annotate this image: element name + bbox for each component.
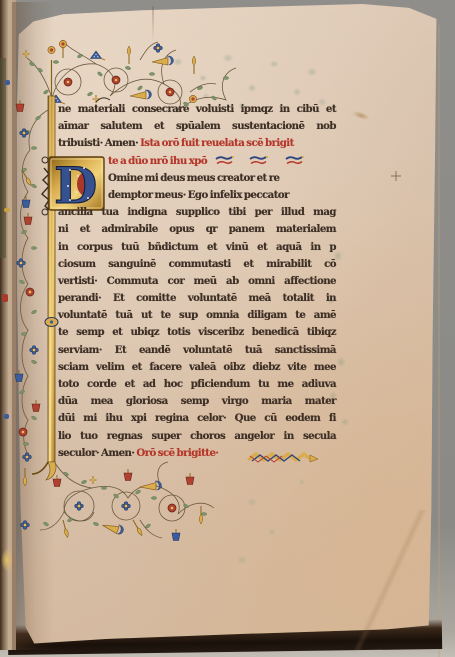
text-line: serviam· Et eandē voluntatē tuā sanctiss… [58, 342, 336, 359]
text-line: sciam velim et facere valeā oibz diebz v… [58, 359, 336, 376]
latin-text: voluntatē tuā ut te sup omnia diligam te… [58, 309, 336, 321]
latin-text: tribuisti· Amen· [58, 137, 140, 149]
facing-page-red-mark [2, 294, 8, 302]
facing-page-blue-mark2 [4, 414, 9, 419]
text-line: Omine mi deus meus creator et re [58, 170, 336, 187]
text-line: ancilla tua indigna supplico tibi per il… [58, 204, 336, 221]
facing-page-miniature-border [0, 58, 6, 258]
latin-text: Omine mi deus meus creator et re [108, 172, 279, 184]
latin-text: te semp et ubiqz totis visceribz benedic… [58, 326, 336, 338]
latin-text: dūi mi ihu xpi regina celor· Que cū eode… [58, 412, 336, 424]
text-line: te semp et ubiqz totis visceribz benedic… [58, 324, 336, 341]
text-line: perandi· Et comitte voluntatē meā totali… [58, 290, 336, 307]
rubric-text: te a dūo nrō ihu xpō [108, 155, 207, 167]
latin-text: in corpus tuū bñdictum et vinū et aquā i… [58, 241, 336, 253]
latin-text: demptor meus· Ego infelix peccator [108, 189, 289, 201]
text-line: voluntatē tuā ut te sup omnia diligam te… [58, 307, 336, 324]
text-line: ne materiali consecrare voluisti ipmqz i… [58, 101, 336, 118]
latin-text: toto corde et ad hoc pficiendum tu me ad… [58, 378, 336, 390]
facing-page-blue-mark [5, 80, 10, 85]
latin-text: ciosum sanguinē commutasti et mirabilit … [58, 258, 336, 270]
text-line: in corpus tuū bñdictum et vinū et aquā i… [58, 239, 336, 256]
text-line: ni et admirabile opus qr panem materiale… [58, 221, 336, 238]
text-line: vertisti· Commuta cor meū ab omni affect… [58, 273, 336, 290]
latin-text: vertisti· Commuta cor meū ab omni affect… [58, 275, 336, 287]
latin-text: ni et admirabile opus qr panem materiale… [58, 223, 336, 235]
latin-text: sciam velim et facere valeā oibz diebz v… [58, 361, 336, 373]
text-line: toto corde et ad hoc pficiendum tu me ad… [58, 376, 336, 393]
text-line: dūi mi ihu xpi regina celor· Que cū eode… [58, 410, 336, 427]
latin-text: seculor· Amen· [58, 447, 136, 459]
latin-text: perandi· Et comitte voluntatē meā totali… [58, 292, 336, 304]
latin-text: serviam· Et eandē voluntatē tuā sanctiss… [58, 344, 336, 356]
text-line: dūa mea gloriosa semp virgo maria mater [58, 393, 336, 410]
latin-text: lio tuo regnas super choros angelor in s… [58, 430, 336, 442]
parchment-crease [152, 6, 154, 42]
latin-text: dūa mea gloriosa semp virgo maria mater [58, 395, 336, 407]
latin-text: aīmar salutem et spūalem sustentacionē n… [58, 120, 336, 132]
latin-text: ne materiali consecrare voluisti ipmqz i… [58, 103, 336, 115]
page-gutter-shadow [12, 2, 54, 650]
parchment-crease-diagonal [340, 510, 440, 650]
text-line: demptor meus· Ego infelix peccator [58, 187, 336, 204]
text-block: ne materiali consecrare voluisti ipmqz i… [58, 101, 336, 462]
facing-page-gold-mark [4, 208, 10, 212]
text-line: aīmar salutem et spūalem sustentacionē n… [58, 118, 336, 135]
photo-of-open-book: D ne materiali consecrare voluisti ipmqz… [0, 0, 455, 657]
text-line: lio tuo regnas super choros angelor in s… [58, 428, 336, 445]
text-line: tribuisti· Amen· Ista orō fuit reuelata … [58, 135, 336, 152]
rubric-text: Orō scē brigitte· [136, 447, 218, 459]
text-line: te a dūo nrō ihu xpō [58, 153, 336, 170]
rubric-text: Ista orō fuit reuelata scē brigit [140, 137, 294, 149]
text-line: seculor· Amen· Orō scē brigitte· [58, 445, 336, 462]
latin-text: ancilla tua indigna supplico tibi per il… [58, 206, 336, 218]
text-line: ciosum sanguinē commutasti et mirabilit … [58, 256, 336, 273]
